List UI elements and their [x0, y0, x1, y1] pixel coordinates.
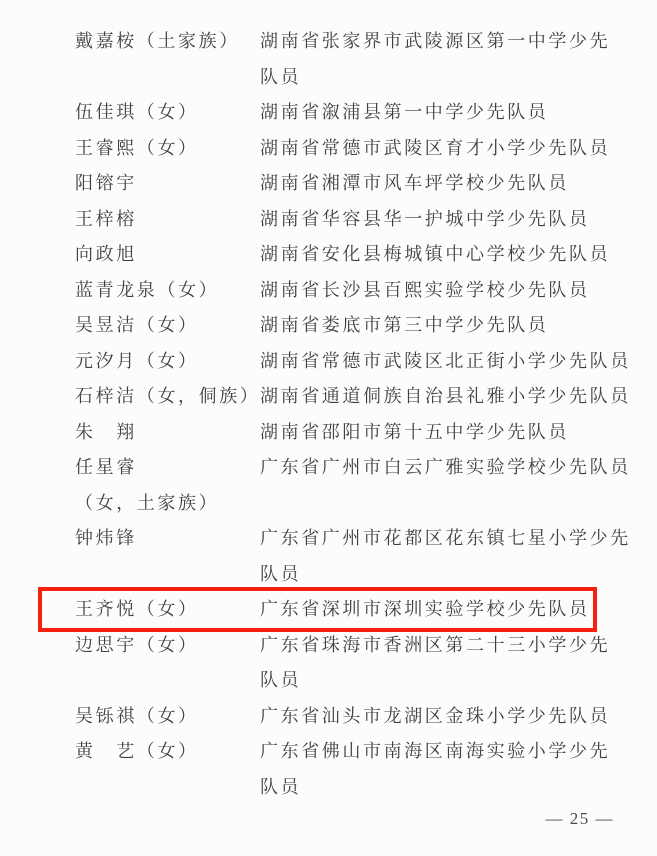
table-row: 吴铄祺（女） 广东省汕头市龙湖区金珠小学少先队员	[75, 699, 635, 735]
member-name: 钟炜锋	[75, 521, 260, 557]
school-affiliation: 湖南省娄底市第三中学少先队员	[260, 308, 635, 344]
table-row: 吴昱洁（女） 湖南省娄底市第三中学少先队员	[75, 308, 635, 344]
school-affiliation: 湖南省张家界市武陵源区第一中学少先 队员	[260, 24, 635, 95]
table-row: 向政旭 湖南省安化县梅城镇中心学校少先队员	[75, 237, 635, 273]
table-row: 朱 翔 湖南省邵阳市第十五中学少先队员	[75, 415, 635, 451]
school-affiliation: 广东省珠海市香洲区第二十三小学少先 队员	[260, 628, 635, 699]
member-name: 向政旭	[75, 237, 260, 273]
table-row: 黄 艺（女） 广东省佛山市南海区南海实验小学少先 队员	[75, 734, 635, 805]
member-name: 阳镕宇	[75, 166, 260, 202]
document-page: 戴嘉桉（土家族） 湖南省张家界市武陵源区第一中学少先 队员 伍佳琪（女） 湖南省…	[0, 0, 657, 856]
table-row: 王睿熙（女） 湖南省常德市武陵区育才小学少先队员	[75, 131, 635, 167]
table-row: 任星睿（女，土家族） 广东省广州市白云广雅实验学校少先队员	[75, 450, 635, 521]
school-affiliation: 广东省广州市白云广雅实验学校少先队员	[260, 450, 635, 486]
table-row: 钟炜锋 广东省广州市花都区花东镇七星小学少先 队员	[75, 521, 635, 592]
member-list: 戴嘉桉（土家族） 湖南省张家界市武陵源区第一中学少先 队员 伍佳琪（女） 湖南省…	[0, 0, 657, 805]
school-affiliation: 湖南省邵阳市第十五中学少先队员	[260, 415, 635, 451]
school-affiliation: 湖南省湘潭市风车坪学校少先队员	[260, 166, 635, 202]
member-name: 石梓洁（女，侗族）	[75, 379, 260, 415]
member-name: 黄 艺（女）	[75, 734, 260, 770]
school-affiliation: 广东省汕头市龙湖区金珠小学少先队员	[260, 699, 635, 735]
table-row: 石梓洁（女，侗族） 湖南省通道侗族自治县礼雅小学少先队员	[75, 379, 635, 415]
member-name: 王梓榕	[75, 202, 260, 238]
school-affiliation: 广东省深圳市深圳实验学校少先队员	[260, 592, 635, 628]
table-row: 阳镕宇 湖南省湘潭市风车坪学校少先队员	[75, 166, 635, 202]
school-affiliation: 湖南省华容县华一护城中学少先队员	[260, 202, 635, 238]
member-name: 戴嘉桉（土家族）	[75, 24, 260, 60]
table-row: 戴嘉桉（土家族） 湖南省张家界市武陵源区第一中学少先 队员	[75, 24, 635, 95]
school-affiliation: 广东省佛山市南海区南海实验小学少先 队员	[260, 734, 635, 805]
school-affiliation: 湖南省长沙县百熙实验学校少先队员	[260, 273, 635, 309]
school-affiliation: 湖南省通道侗族自治县礼雅小学少先队员	[260, 379, 635, 415]
member-name: 元汐月（女）	[75, 344, 260, 380]
member-name: 边思宇（女）	[75, 628, 260, 664]
member-name: 王睿熙（女）	[75, 131, 260, 167]
member-name-line2: （女，土家族）	[75, 486, 260, 522]
member-name: 任星睿（女，土家族）	[75, 450, 260, 521]
table-row: 伍佳琪（女） 湖南省溆浦县第一中学少先队员	[75, 95, 635, 131]
page-number: — 25 —	[0, 809, 657, 829]
table-row-highlighted: 王齐悦（女） 广东省深圳市深圳实验学校少先队员	[75, 592, 635, 628]
table-row: 元汐月（女） 湖南省常德市武陵区北正街小学少先队员	[75, 344, 635, 380]
member-name-line1: 任星睿	[75, 457, 137, 477]
member-name: 吴昱洁（女）	[75, 308, 260, 344]
member-name: 吴铄祺（女）	[75, 699, 260, 735]
member-name: 蓝青龙泉（女）	[75, 273, 260, 309]
school-affiliation: 广东省广州市花都区花东镇七星小学少先 队员	[260, 521, 635, 592]
school-affiliation: 湖南省安化县梅城镇中心学校少先队员	[260, 237, 635, 273]
member-name: 朱 翔	[75, 415, 260, 451]
table-row: 王梓榕 湖南省华容县华一护城中学少先队员	[75, 202, 635, 238]
table-row: 蓝青龙泉（女） 湖南省长沙县百熙实验学校少先队员	[75, 273, 635, 309]
table-row: 边思宇（女） 广东省珠海市香洲区第二十三小学少先 队员	[75, 628, 635, 699]
school-affiliation: 湖南省溆浦县第一中学少先队员	[260, 95, 635, 131]
school-affiliation: 湖南省常德市武陵区育才小学少先队员	[260, 131, 635, 167]
member-name: 伍佳琪（女）	[75, 95, 260, 131]
member-name: 王齐悦（女）	[75, 592, 260, 628]
school-affiliation: 湖南省常德市武陵区北正街小学少先队员	[260, 344, 635, 380]
